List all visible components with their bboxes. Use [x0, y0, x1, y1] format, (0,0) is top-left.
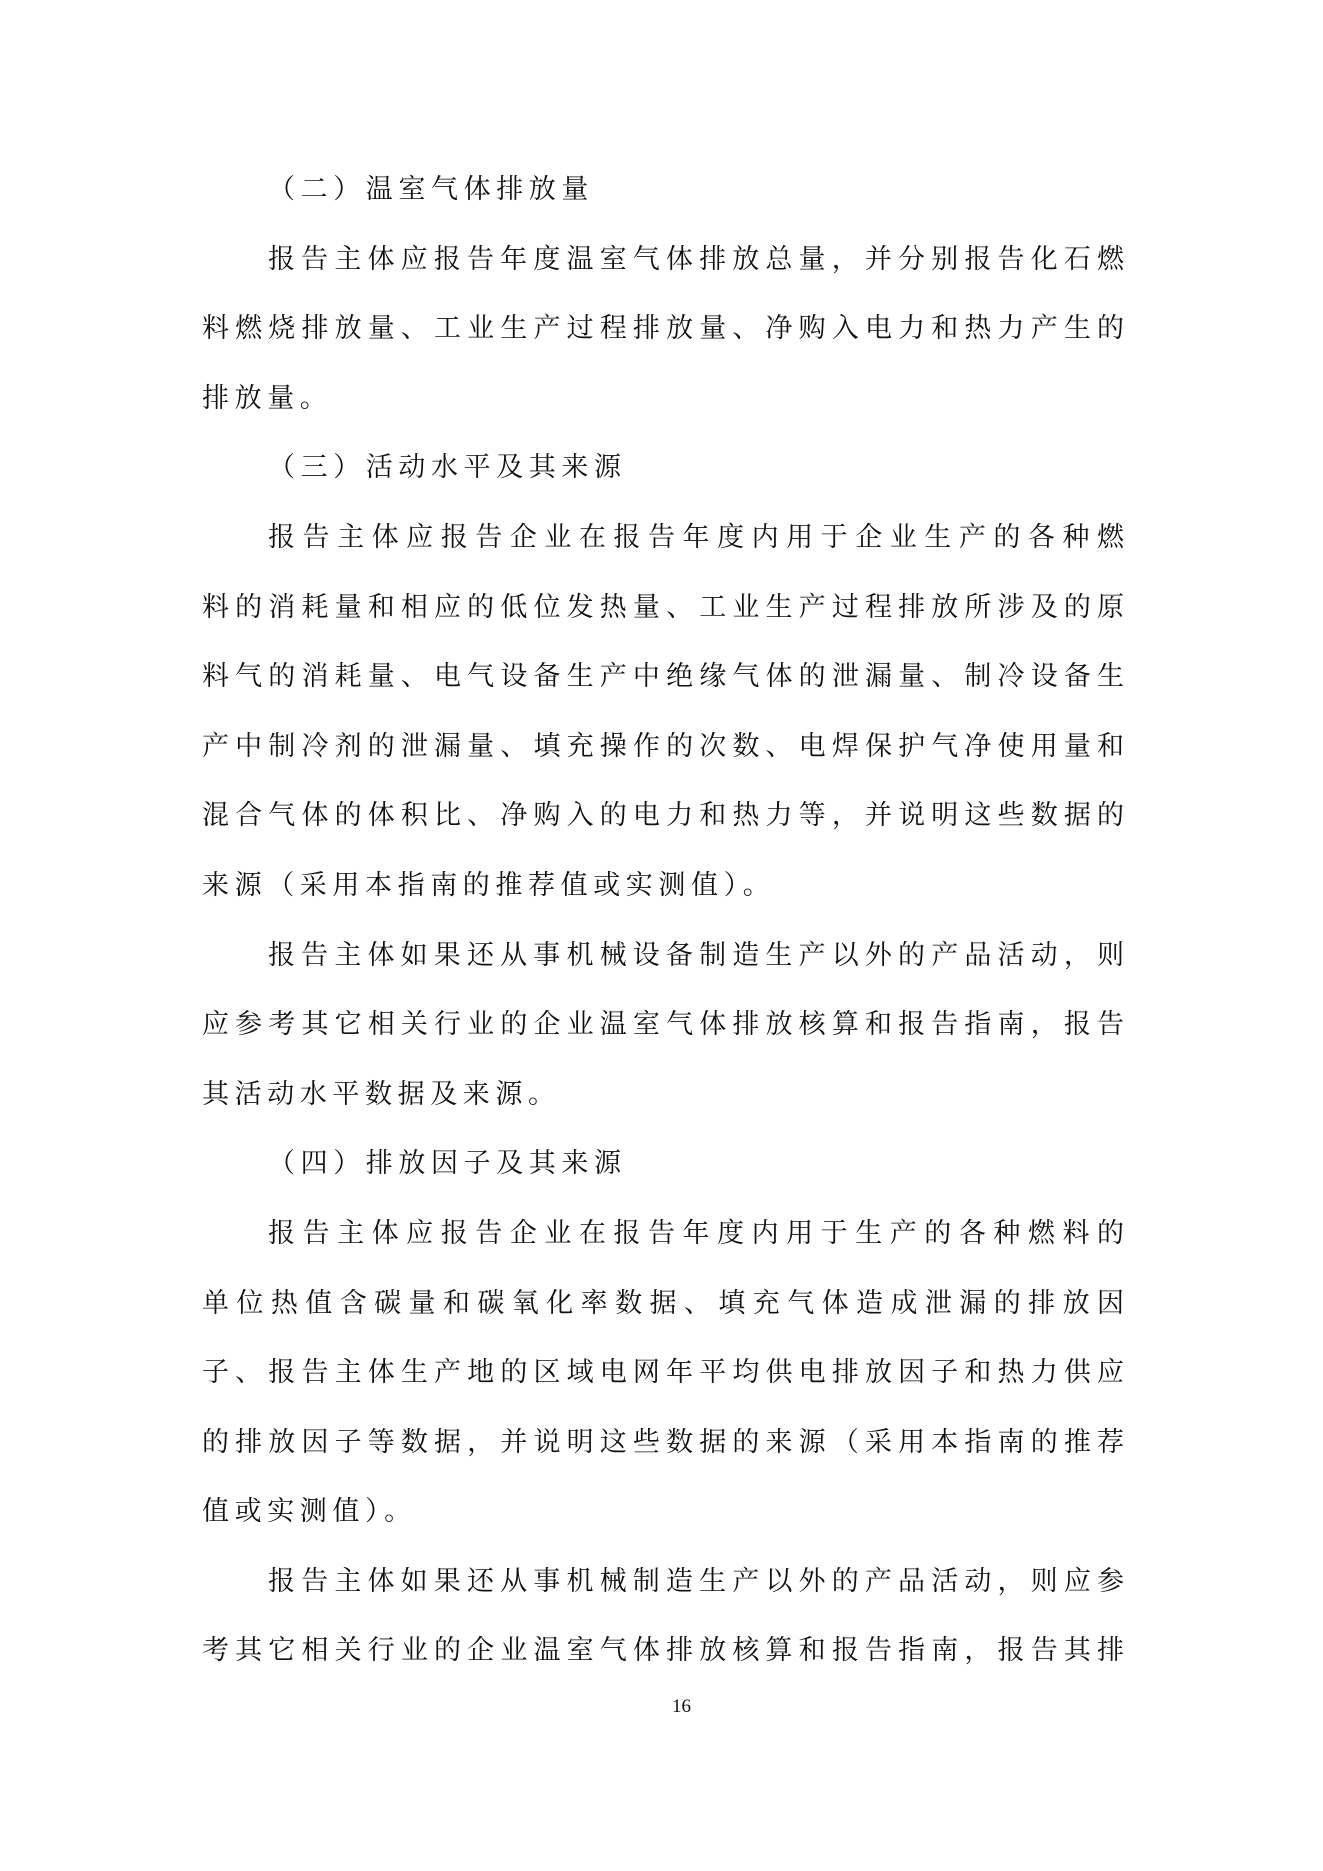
section-heading-emissions: （二）温室气体排放量	[202, 155, 1124, 225]
paragraph-line: 产中制冷剂的泄漏量、填充操作的次数、电焊保护气净使用量和	[202, 712, 1124, 782]
paragraph-line: 报告主体如果还从事机械制造生产以外的产品活动，则应参	[202, 1547, 1124, 1617]
page-number: 16	[0, 1696, 1323, 1718]
paragraph-line: 应参考其它相关行业的企业温室气体排放核算和报告指南，报告	[202, 990, 1124, 1060]
paragraph-line: 料的消耗量和相应的低位发热量、工业生产过程排放所涉及的原	[202, 573, 1124, 643]
paragraph-line: 混合气体的体积比、净购入的电力和热力等，并说明这些数据的	[202, 781, 1124, 851]
paragraph-line: 料燃烧排放量、工业生产过程排放量、净购入电力和热力产生的	[202, 294, 1124, 364]
paragraph-line: 排放量。	[202, 364, 1124, 434]
paragraph-line: 报告主体应报告企业在报告年度内用于企业生产的各种燃	[202, 503, 1124, 573]
paragraph-line: 报告主体如果还从事机械设备制造生产以外的产品活动，则	[202, 921, 1124, 991]
page-body: （二）温室气体排放量 报告主体应报告年度温室气体排放总量，并分别报告化石燃 料燃…	[202, 155, 1124, 1686]
paragraph-line: 单位热值含碳量和碳氧化率数据、填充气体造成泄漏的排放因	[202, 1269, 1124, 1339]
paragraph-line: 报告主体应报告企业在报告年度内用于生产的各种燃料的	[202, 1199, 1124, 1269]
paragraph-line: 料气的消耗量、电气设备生产中绝缘气体的泄漏量、制冷设备生	[202, 642, 1124, 712]
section-heading-emission-factors: （四）排放因子及其来源	[202, 1129, 1124, 1199]
section-heading-activity-level: （三）活动水平及其来源	[202, 433, 1124, 503]
paragraph-line: 报告主体应报告年度温室气体排放总量，并分别报告化石燃	[202, 225, 1124, 295]
paragraph-line: 其活动水平数据及来源。	[202, 1060, 1124, 1130]
paragraph-line: 来源（采用本指南的推荐值或实测值）。	[202, 851, 1124, 921]
paragraph-line: 的排放因子等数据，并说明这些数据的来源（采用本指南的推荐	[202, 1408, 1124, 1478]
paragraph-line: 子、报告主体生产地的区域电网年平均供电排放因子和热力供应	[202, 1338, 1124, 1408]
document-page: （二）温室气体排放量 报告主体应报告年度温室气体排放总量，并分别报告化石燃 料燃…	[0, 0, 1323, 1871]
paragraph-line: 值或实测值）。	[202, 1477, 1124, 1547]
paragraph-line: 考其它相关行业的企业温室气体排放核算和报告指南，报告其排	[202, 1616, 1124, 1686]
